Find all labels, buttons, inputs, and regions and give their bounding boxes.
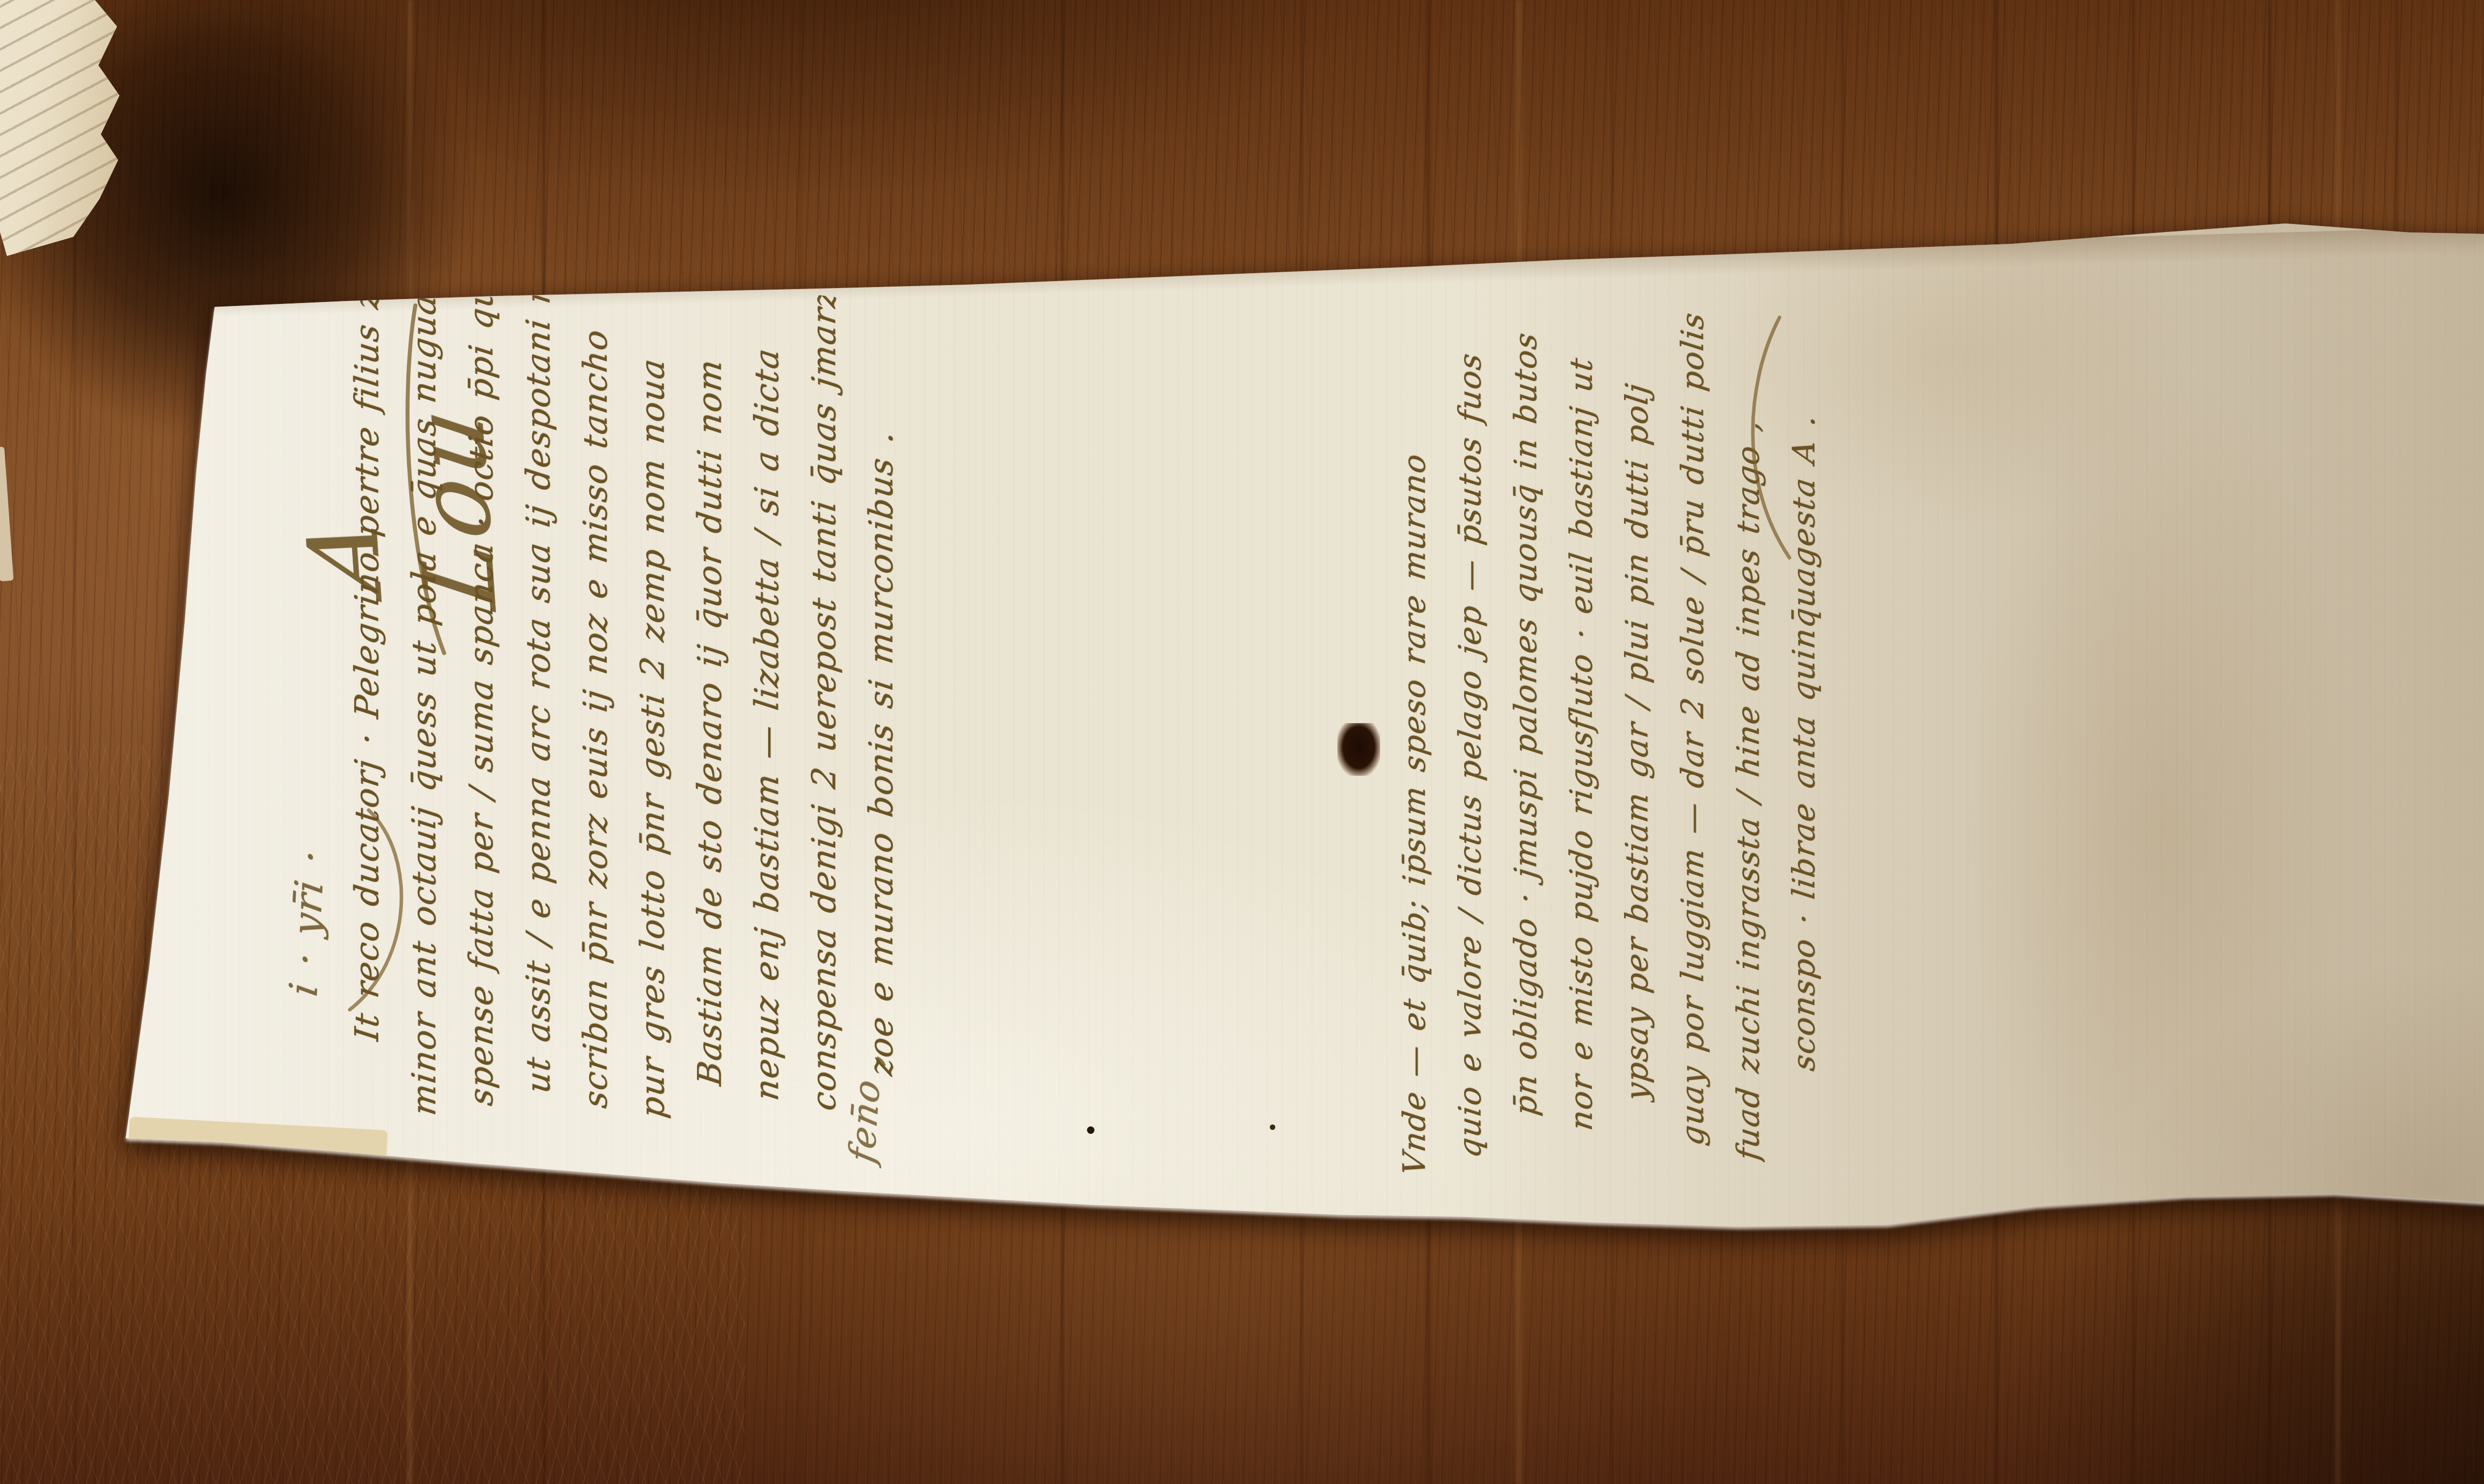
manuscript-line: ut assit / e penna arc rota sua ij despo… bbox=[519, 294, 576, 1098]
manuscript-line: It reco ducatorj · Pelegrino pertre fili… bbox=[348, 294, 405, 1045]
entry-1-marginal-note: fen̄o , bbox=[841, 1047, 890, 1167]
manuscript-line: minor ant octauij q̄uess ut pola e q̄uas… bbox=[405, 294, 462, 1120]
manuscript-line: pur gres lotto p̄nr gesti 2 zemp nom nou… bbox=[633, 294, 691, 1122]
manuscript-line: scriban p̄nr zorz euis ij noz e misso ta… bbox=[576, 294, 633, 1113]
manuscript-line: spense fatta per / suma spanca · octio p… bbox=[462, 294, 519, 1110]
manuscript-paper: i · yr̄i · A Lou It reco ducatorj · Pele… bbox=[0, 0, 2484, 1484]
wormhole bbox=[1337, 723, 1380, 776]
manuscript-line: zoe e murano bonis si murconibus . bbox=[862, 294, 919, 1080]
manuscript-text-layer: i · yr̄i · A Lou It reco ducatorj · Pele… bbox=[278, 305, 2484, 1189]
manuscript-line: nepuz enj bastiam — lizabetta / si a dic… bbox=[748, 294, 805, 1105]
manuscript-line: Vnde — et q̄uib; ip̄sum speso rare muran… bbox=[1396, 306, 1452, 1180]
photo-of-manuscript-on-table: i · yr̄i · A Lou It reco ducatorj · Pele… bbox=[0, 0, 2484, 1484]
manuscript-line: ypsay per bastiam gar / plui pin dutti p… bbox=[1619, 306, 1674, 1105]
ink-speck bbox=[1087, 1126, 1094, 1134]
ink-speck bbox=[1270, 1124, 1275, 1130]
manuscript-line: nor e misto pujdo rigusfluto · euil bast… bbox=[1563, 306, 1619, 1135]
entry-separator-stroke bbox=[321, 1157, 618, 1190]
manuscript-line: conspensa denigi 2 uerepost tanti q̄uas … bbox=[805, 294, 862, 1115]
manuscript-line: quio e valore / dictus pelago jep — p̄su… bbox=[1452, 306, 1507, 1162]
folio-number-mark: i · yr̄i · bbox=[282, 846, 334, 999]
manuscript-line: guay por luggiam — dar 2 solue / p̄ru du… bbox=[1674, 306, 1730, 1150]
entry-block-1: It reco ducatorj · Pelegrino pertre fili… bbox=[348, 300, 919, 1125]
manuscript-line: Bastiam de sto denaro ij q̄uor dutti nom bbox=[691, 294, 748, 1090]
manuscript-shadow-wrap: i · yr̄i · A Lou It reco ducatorj · Pele… bbox=[0, 0, 2484, 1484]
manuscript-line: p̄n obligado · jmuspi palomes quousq̄ in… bbox=[1507, 306, 1563, 1120]
entry-2-end-swash-flourish bbox=[1734, 310, 1808, 564]
